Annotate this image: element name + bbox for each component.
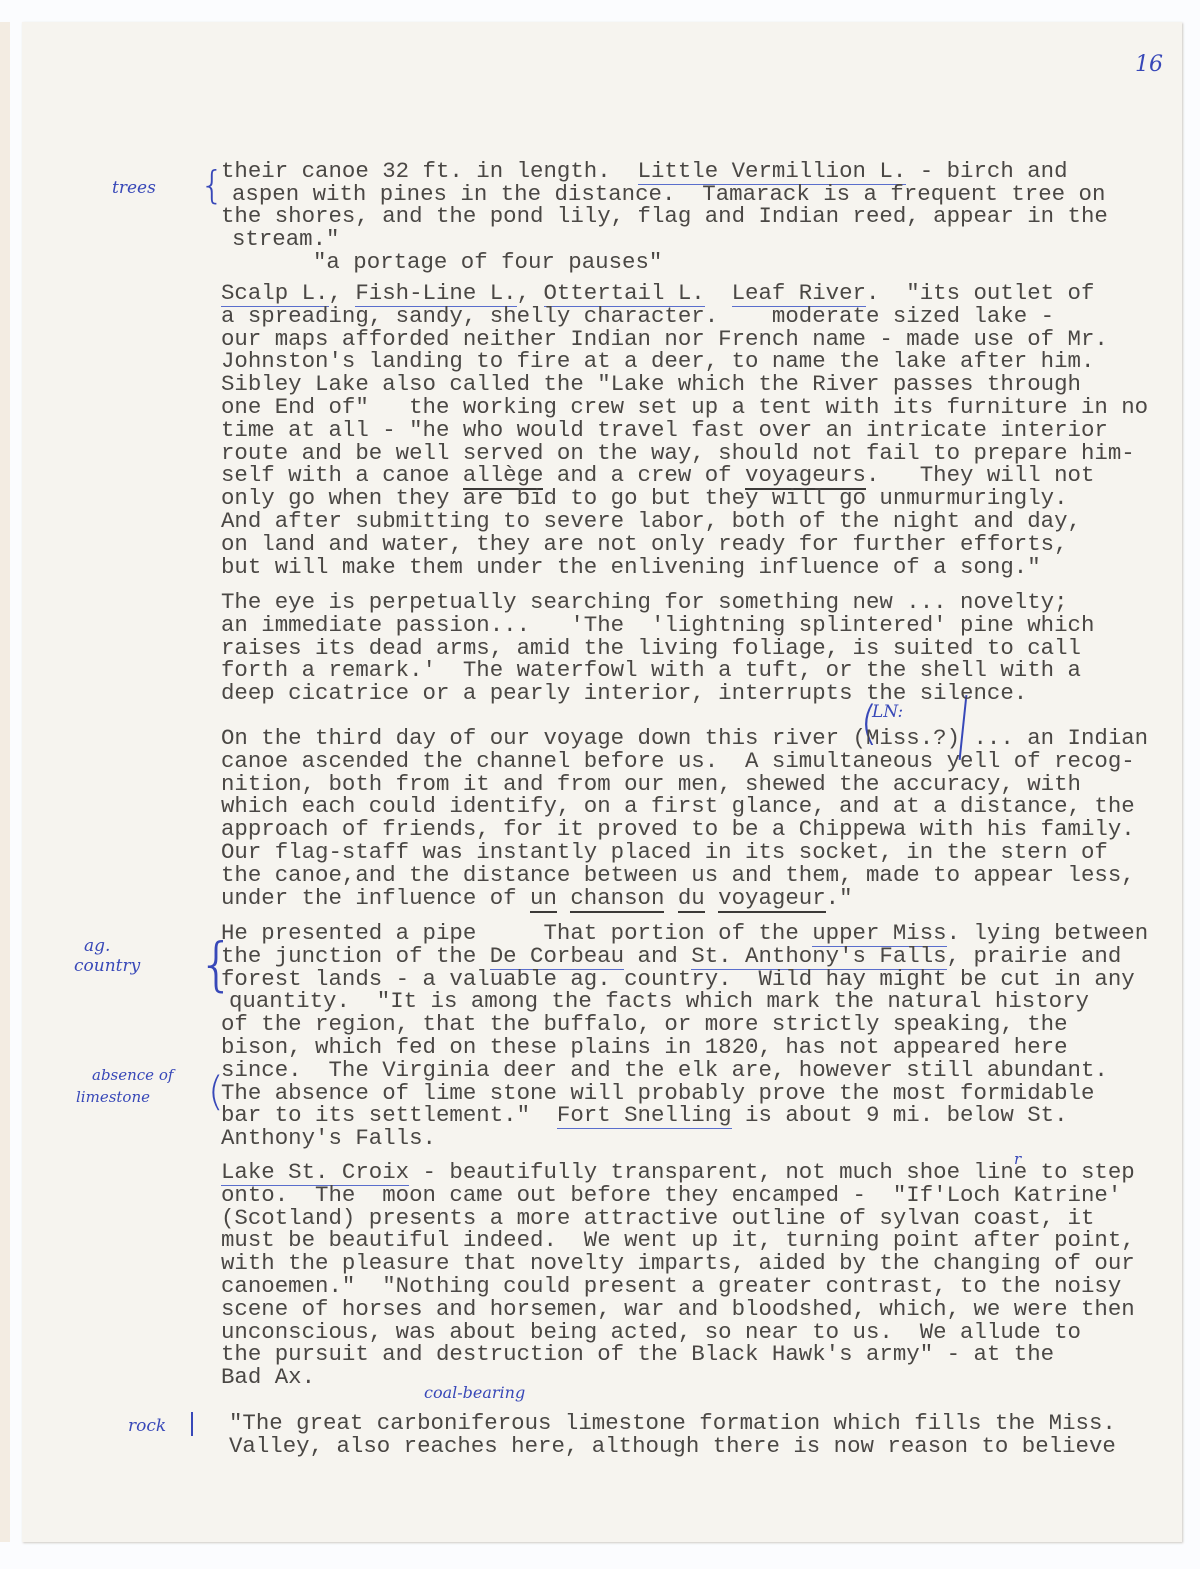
text-line: The eye is perpetually searching for som… xyxy=(221,591,1068,613)
text-line: a spreading, sandy, shelly character. mo… xyxy=(221,305,1054,327)
text-line: an immediate passion... 'The 'lightning … xyxy=(221,614,1094,636)
inline-note-coal-bearing: coal-bearing xyxy=(424,1383,525,1402)
text-line: "The great carboniferous limestone forma… xyxy=(229,1412,1116,1434)
margin-bar-rock xyxy=(191,1412,193,1436)
text-line: forest lands - a valuable ag. country. W… xyxy=(221,968,1135,990)
text-line: scene of horses and horsemen, war and bl… xyxy=(221,1298,1135,1320)
text-line: must be beautiful indeed. We went up it,… xyxy=(221,1229,1135,1251)
text-line: but will make them under the enlivening … xyxy=(221,556,1041,578)
text-line: on land and water, they are not only rea… xyxy=(221,533,1068,555)
text-line: He presented a pipe That portion of the … xyxy=(221,922,1148,944)
text-line: Scalp L., Fish-Line L., Ottertail L. Lea… xyxy=(221,282,1094,304)
text-line: approach of friends, for it proved to be… xyxy=(221,818,1135,840)
text-line: quantity. "It is among the facts which m… xyxy=(229,990,1089,1012)
text-line: aspen with pines in the distance. Tamara… xyxy=(232,183,1105,205)
text-line: the shores, and the pond lily, flag and … xyxy=(221,205,1108,227)
text-line: Sibley Lake also called the "Lake which … xyxy=(221,373,1081,395)
text-line: The absence of lime stone will probably … xyxy=(221,1082,1094,1104)
text-line: Lake St. Croix - beautifully transparent… xyxy=(221,1161,1135,1183)
text-line: nition, both from it and from our men, s… xyxy=(221,773,1081,795)
text-line: On the third day of our voyage down this… xyxy=(221,727,1148,749)
text-line: Johnston's landing to fire at a deer, to… xyxy=(221,350,1094,372)
text-line: "a portage of four pauses" xyxy=(313,251,662,273)
text-line: Anthony's Falls. xyxy=(221,1127,436,1149)
text-line: raises its dead arms, amid the living fo… xyxy=(221,637,1081,659)
text-line: under the influence of un chanson du voy… xyxy=(221,887,853,909)
margin-note-limestone: limestone xyxy=(76,1088,150,1106)
text-line: stream." xyxy=(232,228,340,250)
text-line: deep cicatrice or a pearly interior, int… xyxy=(221,682,1027,704)
text-line: unconscious, was about being acted, so n… xyxy=(221,1321,1081,1343)
margin-note-ag: ag. xyxy=(84,936,110,956)
text-line: the junction of the De Corbeau and St. A… xyxy=(221,945,1121,967)
text-line: forth a remark.' The waterfowl with a tu… xyxy=(221,659,1081,681)
text-line: Our flag-staff was instantly placed in i… xyxy=(221,841,1108,863)
text-line: the canoe,and the distance between us an… xyxy=(221,864,1135,886)
text-line: canoe ascended the channel before us. A … xyxy=(221,750,1135,772)
text-line: bar to its settlement." Fort Snelling is… xyxy=(221,1104,1068,1126)
text-line: of the region, that the buffalo, or more… xyxy=(221,1013,1068,1035)
text-line: their canoe 32 ft. in length. Little Ver… xyxy=(221,160,1068,182)
text-line: self with a canoe allège and a crew of v… xyxy=(221,464,1094,486)
text-line: with the pleasure that novelty imparts, … xyxy=(221,1252,1135,1274)
text-line: Valley, also reaches here, although ther… xyxy=(229,1435,1116,1457)
text-line: canoemen." "Nothing could present a grea… xyxy=(221,1275,1121,1297)
text-line: onto. The moon came out before they enca… xyxy=(221,1184,1121,1206)
text-line: And after submitting to severe labor, bo… xyxy=(221,510,1081,532)
text-line: time at all - "he who would travel fast … xyxy=(221,419,1108,441)
adjacent-page-edge xyxy=(0,22,10,1542)
text-line: our maps afforded neither Indian nor Fre… xyxy=(221,328,1108,350)
margin-note-country: country xyxy=(74,956,140,976)
text-line: bison, which fed on these plains in 1820… xyxy=(221,1036,1068,1058)
text-line: the pursuit and destruction of the Black… xyxy=(221,1343,1054,1365)
text-line: since. The Virginia deer and the elk are… xyxy=(221,1059,1108,1081)
text-line: only go when they are bid to go but they… xyxy=(221,487,1068,509)
margin-note-absence: absence of xyxy=(92,1066,173,1084)
text-line: one End of" the working crew set up a te… xyxy=(221,396,1148,418)
text-line: (Scotland) presents a more attractive ou… xyxy=(221,1207,1094,1229)
margin-note-rock: rock xyxy=(128,1416,166,1436)
text-line: which each could identify, on a first gl… xyxy=(221,795,1135,817)
page-number: 16 xyxy=(1135,52,1163,77)
margin-note-trees: trees xyxy=(112,178,156,198)
text-line: Bad Ax. xyxy=(221,1366,315,1388)
text-line: route and be well served on the way, sho… xyxy=(221,442,1135,464)
